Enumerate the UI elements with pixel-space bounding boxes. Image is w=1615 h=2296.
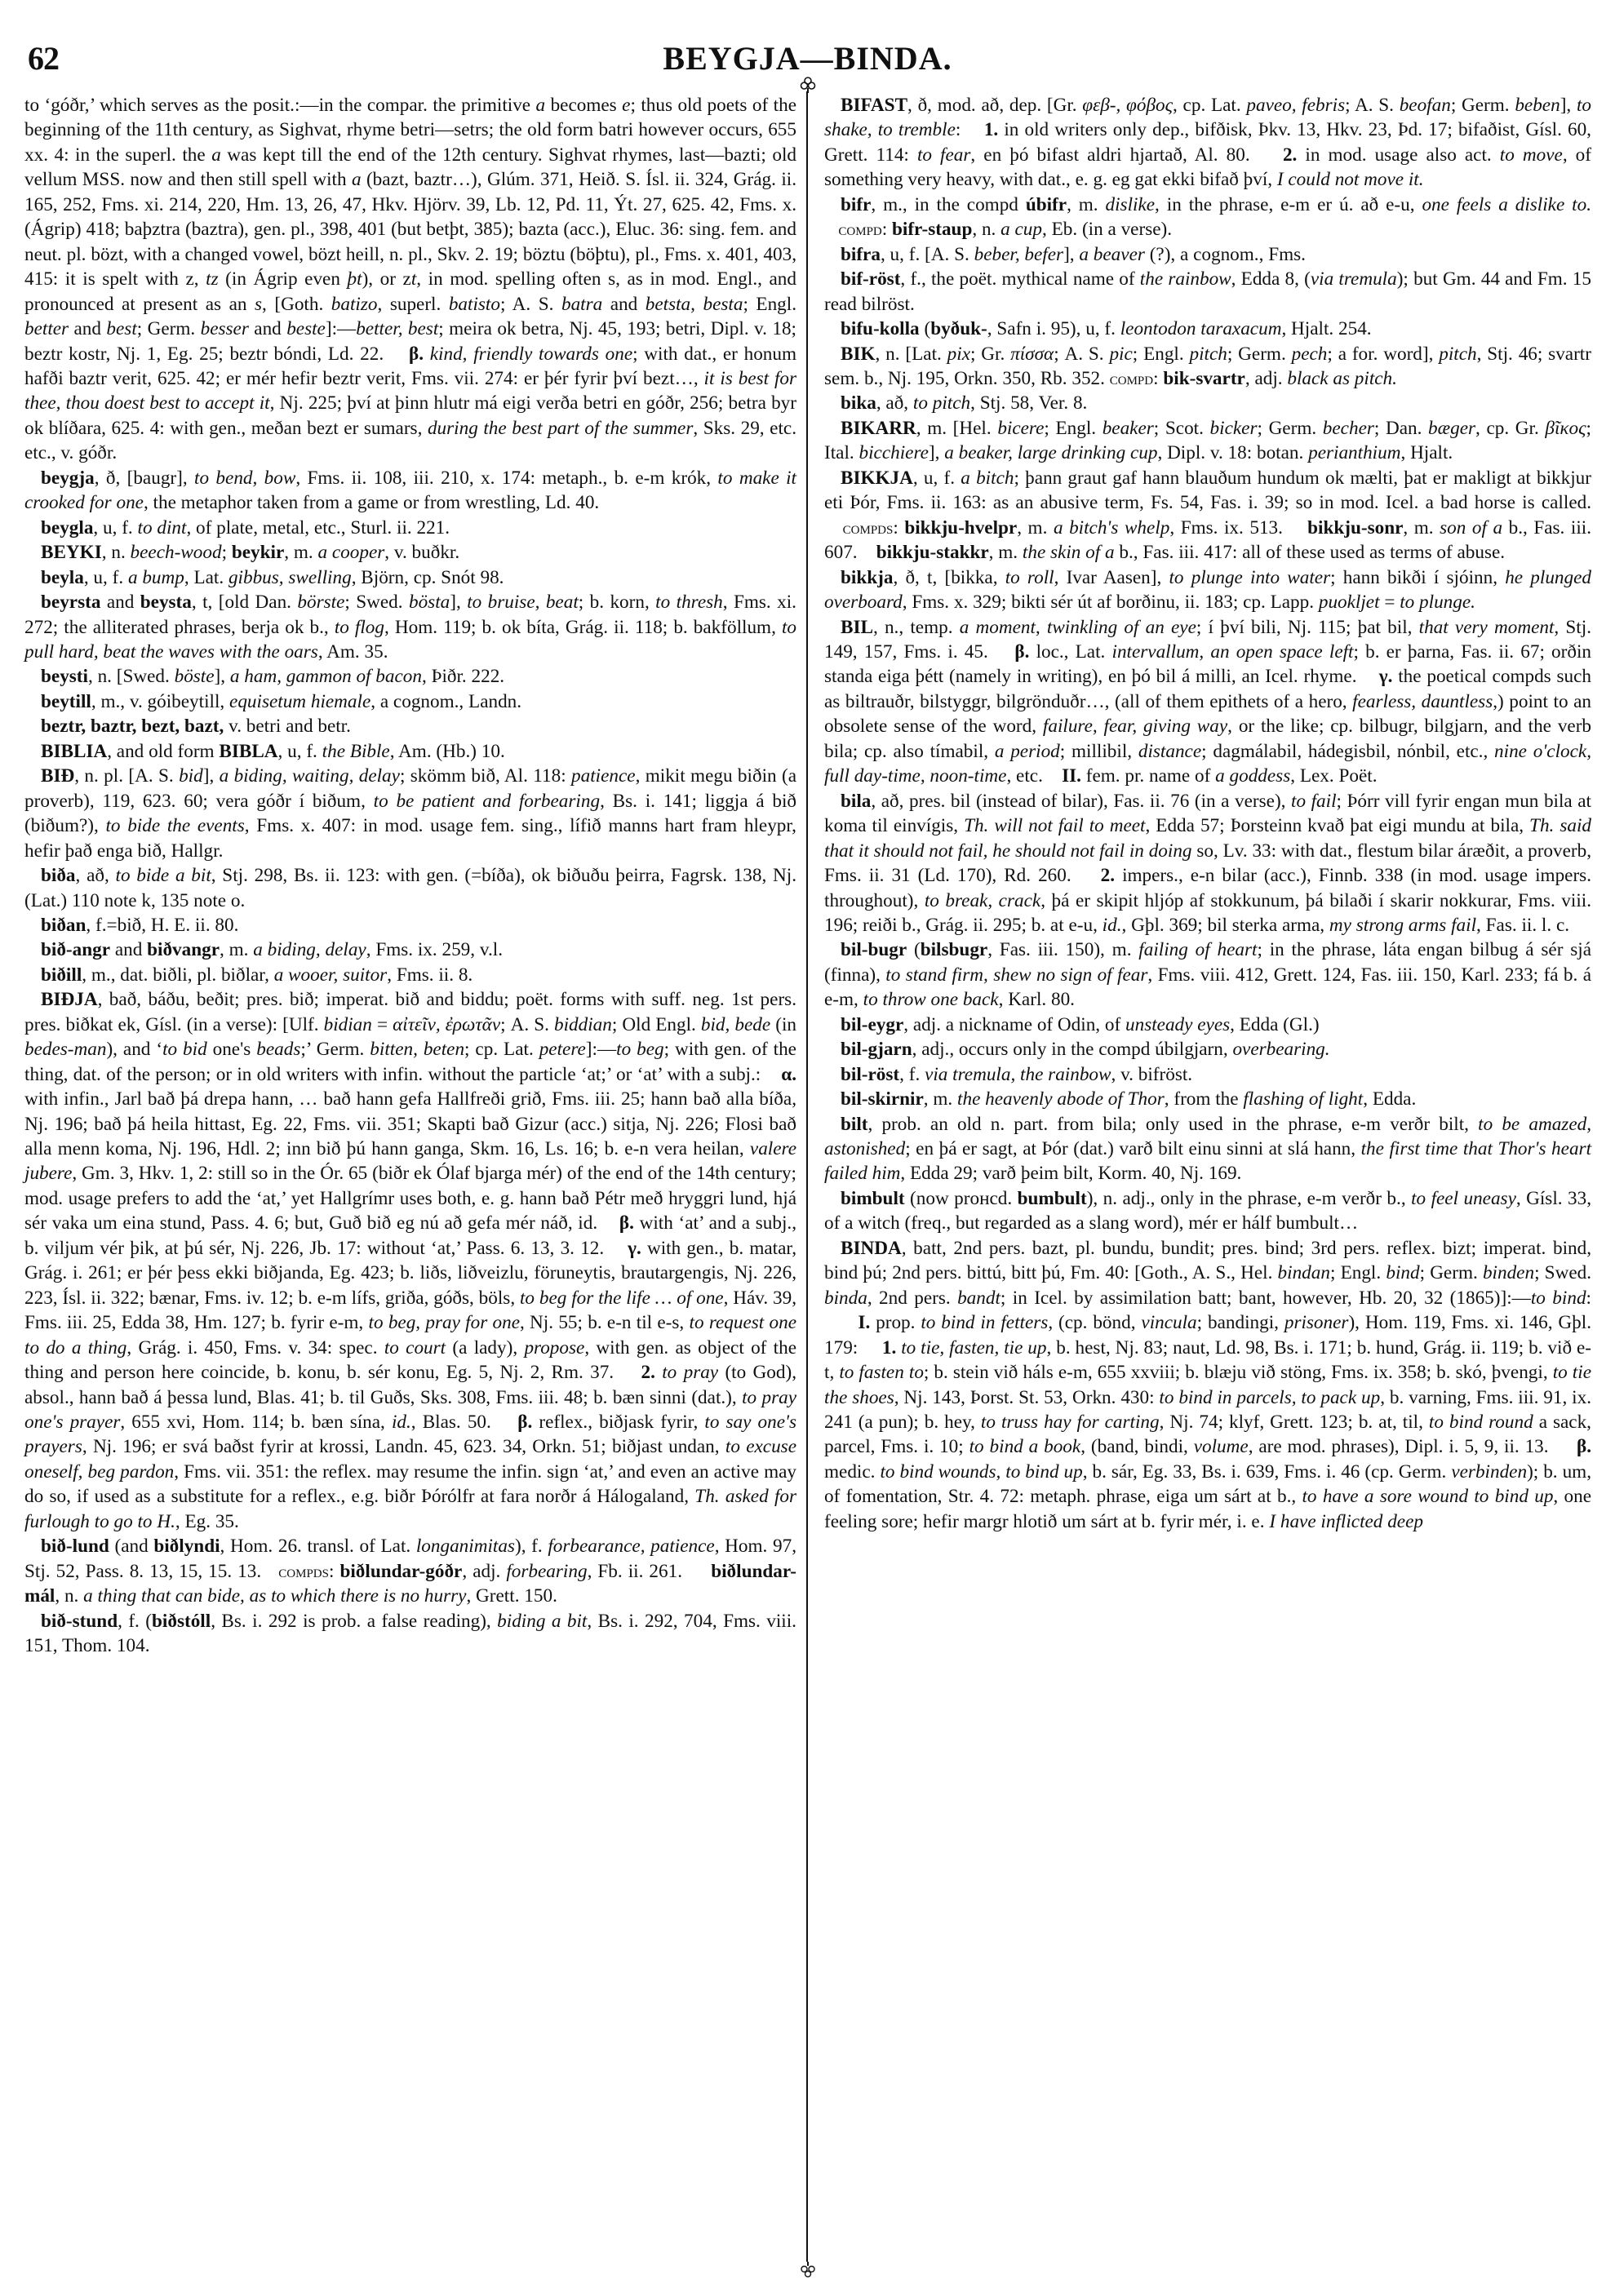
dictionary-entry: beysti, n. [Swed. böste], a ham, gammon …: [24, 664, 796, 689]
column-ornament-top-icon: [799, 77, 817, 93]
right-column: BIFAST, ð, mod. að, dep. [Gr. φεβ-, φόβο…: [824, 93, 1591, 1534]
dictionary-entry: bifra, u, f. [A. S. beber, befer], a bea…: [824, 242, 1591, 267]
dictionary-entry: BIBLIA, and old form BIBLA, u, f. the Bi…: [24, 739, 796, 764]
dictionary-entry: bifu-kolla (byðuk-, Safn i. 95), u, f. l…: [824, 317, 1591, 341]
dictionary-entry: bif-röst, f., the poët. mythical name of…: [824, 267, 1591, 317]
dictionary-entry: bika, að, to pitch, Stj. 58, Ver. 8.: [824, 391, 1591, 415]
dictionary-entry: biða, að, to bide a bit, Stj. 298, Bs. i…: [24, 863, 796, 913]
dictionary-entry: beytill, m., v. góibeytill, equisetum hi…: [24, 689, 796, 714]
dictionary-entry: bifr, m., in the compd úbifr, m. dislike…: [824, 193, 1591, 242]
running-head: BEYGJA—BINDA.: [0, 39, 1615, 78]
column-divider: [806, 91, 808, 2262]
dictionary-entry: bil-gjarn, adj., occurs only in the comp…: [824, 1037, 1591, 1062]
dictionary-entry: bil-eygr, adj. a nickname of Odin, of un…: [824, 1013, 1591, 1037]
dictionary-entry: BINDA, batt, 2nd pers. bazt, pl. bundu, …: [824, 1236, 1591, 1534]
dictionary-entry: bil-röst, f. via tremula, the rainbow, v…: [824, 1062, 1591, 1087]
dictionary-entry: BIK, n. [Lat. pix; Gr. πίσσα; A. S. pic;…: [824, 342, 1591, 392]
dictionary-entry: beygla, u, f. to dint, of plate, metal, …: [24, 516, 796, 540]
dictionary-entry: bil-bugr (bilsbugr, Fas. iii. 150), m. f…: [824, 937, 1591, 1012]
dictionary-entry: bið-lund (and biðlyndi, Hom. 26. transl.…: [24, 1534, 796, 1608]
dictionary-entry: bið-angr and biðvangr, m. a biding, dela…: [24, 937, 796, 962]
dictionary-entry: BIFAST, ð, mod. að, dep. [Gr. φεβ-, φόβο…: [824, 93, 1591, 193]
dictionary-entry: bið-stund, f. (biðstóll, Bs. i. 292 is p…: [24, 1609, 796, 1659]
dictionary-entry: bikkja, ð, t, [bikka, to roll, Ivar Aase…: [824, 565, 1591, 615]
dictionary-entry: beygja, ð, [baugr], to bend, bow, Fms. i…: [24, 466, 796, 516]
dictionary-entry: BIKARR, m. [Hel. bicere; Engl. beaker; S…: [824, 416, 1591, 466]
dictionary-entry: biðill, m., dat. biðli, pl. biðlar, a wo…: [24, 963, 796, 987]
dictionary-entry: BEYKI, n. beech-wood; beykir, m. a coope…: [24, 540, 796, 565]
dictionary-entry: beyrsta and beysta, t, [old Dan. börste;…: [24, 590, 796, 664]
column-ornament-bottom-icon: [799, 2262, 817, 2278]
dictionary-entry: BIL, n., temp. a moment, twinkling of an…: [824, 615, 1591, 789]
dictionary-entry: beztr, baztr, bezt, bazt, v. betri and b…: [24, 714, 796, 738]
dictionary-entry: BIÐJA, bað, báðu, beðit; pres. bið; impe…: [24, 987, 796, 1534]
dictionary-entry: bila, að, pres. bil (instead of bilar), …: [824, 789, 1591, 938]
dictionary-entry: bimbult (now prонcd. bumbult), n. adj., …: [824, 1186, 1591, 1236]
dictionary-entry: bilt, prob. an old n. part. from bila; o…: [824, 1112, 1591, 1186]
dictionary-entry: BIÐ, n. pl. [A. S. bid], a biding, waiti…: [24, 764, 796, 863]
dictionary-entry: biðan, f.=bið, H. E. ii. 80.: [24, 913, 796, 937]
dictionary-entry: bil-skirnir, m. the heavenly abode of Th…: [824, 1087, 1591, 1111]
dictionary-entry: to ‘góðr,’ which serves as the posit.:—i…: [24, 93, 796, 466]
dictionary-entry: BIKKJA, u, f. a bitch; þann graut gaf ha…: [824, 466, 1591, 565]
left-column: to ‘góðr,’ which serves as the posit.:—i…: [24, 93, 796, 1659]
dictionary-entry: beyla, u, f. a bump, Lat. gibbus, swelli…: [24, 565, 796, 590]
